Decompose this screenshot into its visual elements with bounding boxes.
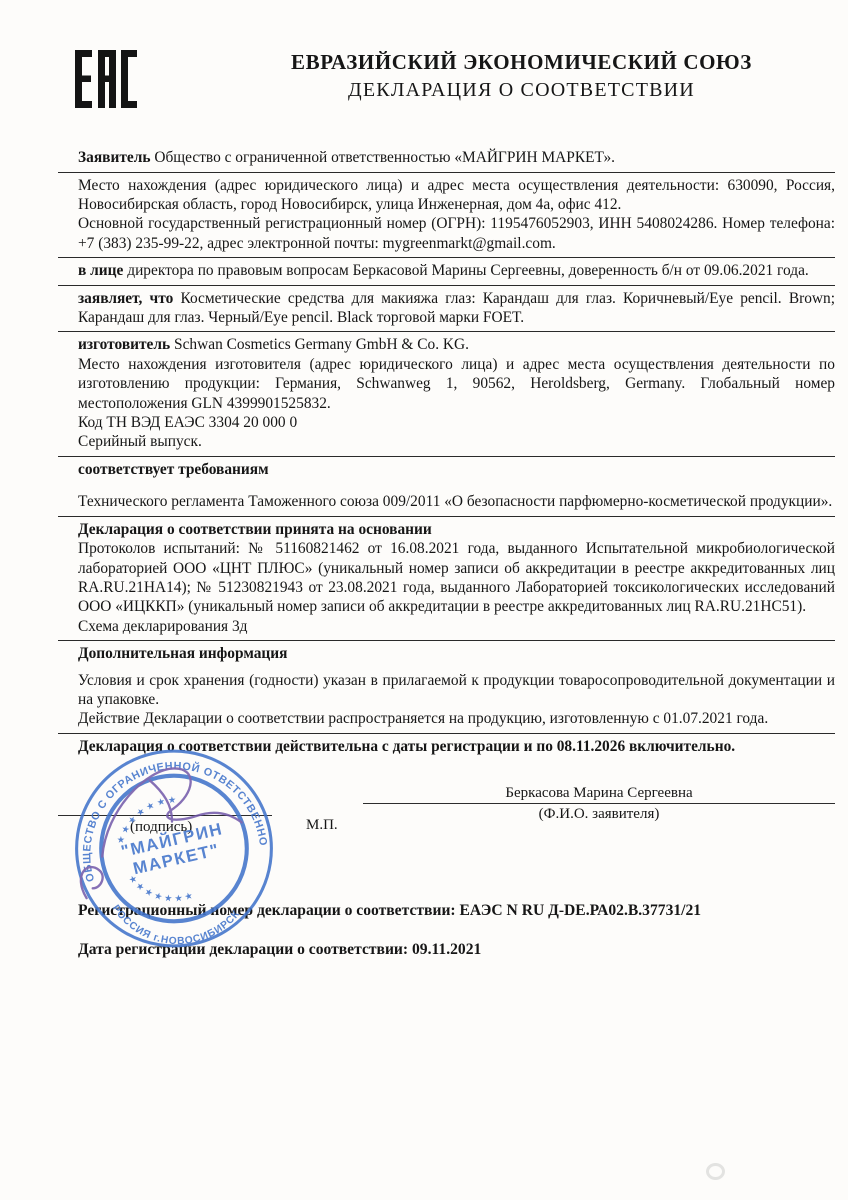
document-body: Заявитель Общество с ограниченной ответс… xyxy=(78,145,835,760)
signature-area: (подпись) М.П. Беркасова Марина Сергеевн… xyxy=(78,770,835,898)
scan-smudge-artifact xyxy=(706,1163,725,1180)
declares-text: Косметические средства для макияжа глаз:… xyxy=(78,290,835,326)
applicant-fio-group: Беркасова Марина Сергеевна (Ф.И.О. заяви… xyxy=(363,785,835,823)
manufacturer-row: изготовитель Schwan Cosmetics Germany Gm… xyxy=(58,332,835,456)
stamp-place-label: М.П. xyxy=(306,817,338,834)
manufacturer-name: Schwan Cosmetics Germany GmbH & Co. KG. xyxy=(174,336,469,353)
serial-release: Серийный выпуск. xyxy=(78,432,835,451)
applicant-fio: Беркасова Марина Сергеевна xyxy=(363,785,835,802)
manufacturer-address: Место нахождения изготовителя (адрес юри… xyxy=(78,355,835,413)
compliance-heading: соответствует требованиям xyxy=(78,460,835,479)
additional-info-row: Дополнительная информация Условия и срок… xyxy=(58,641,835,734)
authorized-person-row: в лице директора по правовым вопросам Бе… xyxy=(58,258,835,285)
document-header: ЕВРАЗИЙСКИЙ ЭКОНОМИЧЕСКИЙ СОЮЗ ДЕКЛАРАЦИ… xyxy=(78,50,835,103)
applicant-row: Заявитель Общество с ограниченной ответс… xyxy=(58,145,835,172)
applicant-address-line1: Место нахождения (адрес юридического лиц… xyxy=(78,176,835,215)
declares-row: заявляет, что Косметические средства для… xyxy=(58,286,835,333)
applicant-address-line2: Основной государственный регистрационный… xyxy=(78,214,835,253)
title-declaration: ДЕКЛАРАЦИЯ О СООТВЕТСТВИИ xyxy=(228,78,815,103)
additional-heading: Дополнительная информация xyxy=(78,644,835,663)
applicant-text: Общество с ограниченной ответственностью… xyxy=(154,149,615,166)
storage-conditions: Условия и срок хранения (годности) указа… xyxy=(78,671,835,710)
test-protocols: Протоколов испытаний: № 51160821462 от 1… xyxy=(78,539,835,617)
declares-label: заявляет, что xyxy=(78,290,173,307)
title-union: ЕВРАЗИЙСКИЙ ЭКОНОМИЧЕСКИЙ СОЮЗ xyxy=(228,50,815,75)
manufacturer-label: изготовитель xyxy=(78,336,170,353)
tnved-code: Код ТН ВЭД ЕАЭС 3304 20 000 0 xyxy=(78,413,835,432)
basis-heading: Декларация о соответствии принята на осн… xyxy=(78,520,835,539)
person-label: в лице xyxy=(78,262,123,279)
applicant-address-row: Место нахождения (адрес юридического лиц… xyxy=(58,173,835,259)
validity-from: Действие Декларации о соответствии распр… xyxy=(78,709,835,728)
declaration-document-page: ЕВРАЗИЙСКИЙ ЭКОНОМИЧЕСКИЙ СОЮЗ ДЕКЛАРАЦИ… xyxy=(0,0,848,1200)
compliance-text: Технического регламента Таможенного союз… xyxy=(78,492,835,511)
declaration-scheme: Схема декларирования 3д xyxy=(78,617,835,636)
person-text: директора по правовым вопросам Беркасово… xyxy=(127,262,809,279)
document-content: ЕВРАЗИЙСКИЙ ЭКОНОМИЧЕСКИЙ СОЮЗ ДЕКЛАРАЦИ… xyxy=(78,0,835,959)
company-stamp: ОБЩЕСТВО С ОГРАНИЧЕННОЙ ОТВЕТСТВЕННОСТЬЮ… xyxy=(48,725,301,972)
compliance-row: соответствует требованиям Технического р… xyxy=(58,457,835,517)
applicant-label: Заявитель xyxy=(78,149,151,166)
fio-caption: (Ф.И.О. заявителя) xyxy=(363,806,835,823)
basis-row: Декларация о соответствии принята на осн… xyxy=(58,517,835,641)
fio-line xyxy=(363,803,835,804)
